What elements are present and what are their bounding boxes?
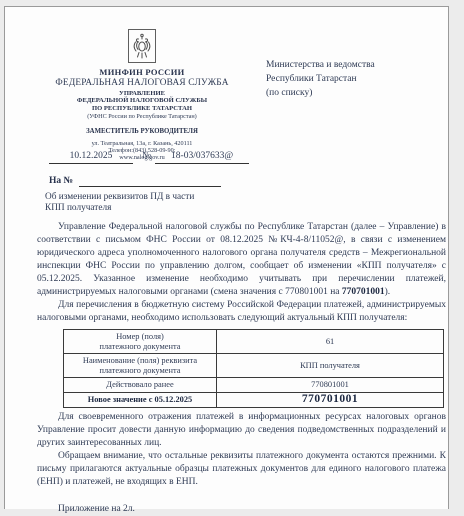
recipient-line2: Республики Татарстан [266,72,375,86]
kpp-change-table: Номер (поля) платежного документа 61 Наи… [63,329,444,408]
department-name: УПРАВЛЕНИЕ ФЕДЕРАЛЬНОЙ НАЛОГОВОЙ СЛУЖБЫ … [31,90,253,112]
letter-date: 10.12.2025 [49,151,133,164]
department-line2: ФЕДЕРАЛЬНОЙ НАЛОГОВОЙ СЛУЖБЫ [31,97,253,104]
paragraph-1: Управление Федеральной налоговой службы … [37,221,446,299]
sender-address: ул. Театральная, 13а, г. Казань, 420111 [31,140,253,147]
table-row: Новое значение с 05.12.2025 770701001 [64,392,444,407]
reply-number-blank [79,176,221,187]
letter-body: Управление Федеральной налоговой службы … [37,221,446,509]
new-kpp-inline: 770701001 [342,287,385,297]
reply-to-label: На № [49,176,73,187]
letterhead: МИНФИН РОССИИ ФЕДЕРАЛЬНАЯ НАЛОГОВАЯ СЛУЖ… [5,29,448,149]
row1-label-cell: Номер (поля) платежного документа [64,330,217,354]
subject-line1: Об изменении реквизитов ПД в части [45,192,448,203]
department-short-name: (УФНС России по Республике Татарстан) [31,113,253,120]
table-row: Наименование (поля) реквизита платежного… [64,354,444,378]
letterhead-sender-block: МИНФИН РОССИИ ФЕДЕРАЛЬНАЯ НАЛОГОВАЯ СЛУЖ… [31,29,253,149]
subject-line2: КПП получателя [45,203,448,214]
paragraph-2: Для перечисления в бюджетную систему Рос… [37,299,446,325]
reference-line: 10.12.2025 № 18-03/037633@ [49,151,448,164]
subject-block: Об изменении реквизитов ПД в части КПП п… [45,192,448,214]
double-headed-eagle-icon [132,33,152,59]
row3-value-cell: 770801001 [217,378,444,393]
recipient-block: Министерства и ведомства Республики Тата… [266,29,375,149]
paragraph-3: Для своевременного отражения платежей в … [37,411,446,450]
number-sign: № [142,151,151,164]
recipient-line3: (по списку) [266,86,375,100]
row4-label-cell: Новое значение с 05.12.2025 [64,392,217,407]
letter-number: 18-03/037633@ [155,151,249,164]
paragraph-4: Обращаем внимание, что остальные реквизи… [37,450,446,489]
table-row: Действовало ранее 770801001 [64,378,444,393]
row1-value-cell: 61 [217,330,444,354]
table-row: Номер (поля) платежного документа 61 [64,330,444,354]
paragraph-1-tail: ). [385,287,391,297]
row3-label-cell: Действовало ранее [64,378,217,393]
recipient-line1: Министерства и ведомства [266,58,375,72]
signer-title: ЗАМЕСТИТЕЛЬ РУКОВОДИТЕЛЯ [31,128,253,135]
row2-value-cell: КПП получателя [217,354,444,378]
reply-reference-line: На № [49,176,448,187]
paragraph-1-text: Управление Федеральной налоговой службы … [37,222,446,297]
row4-value-cell: 770701001 [217,392,444,407]
row2-label-cell: Наименование (поля) реквизита платежного… [64,354,217,378]
document-page: МИНФИН РОССИИ ФЕДЕРАЛЬНАЯ НАЛОГОВАЯ СЛУЖ… [4,6,449,509]
ministry-name: МИНФИН РОССИИ [31,67,253,77]
russia-coat-of-arms-icon [128,29,156,63]
attachment-note: Приложение на 2л. [37,503,446,509]
service-name: ФЕДЕРАЛЬНАЯ НАЛОГОВАЯ СЛУЖБА [31,78,253,88]
department-line3: ПО РЕСПУБЛИКЕ ТАТАРСТАН [31,105,253,112]
